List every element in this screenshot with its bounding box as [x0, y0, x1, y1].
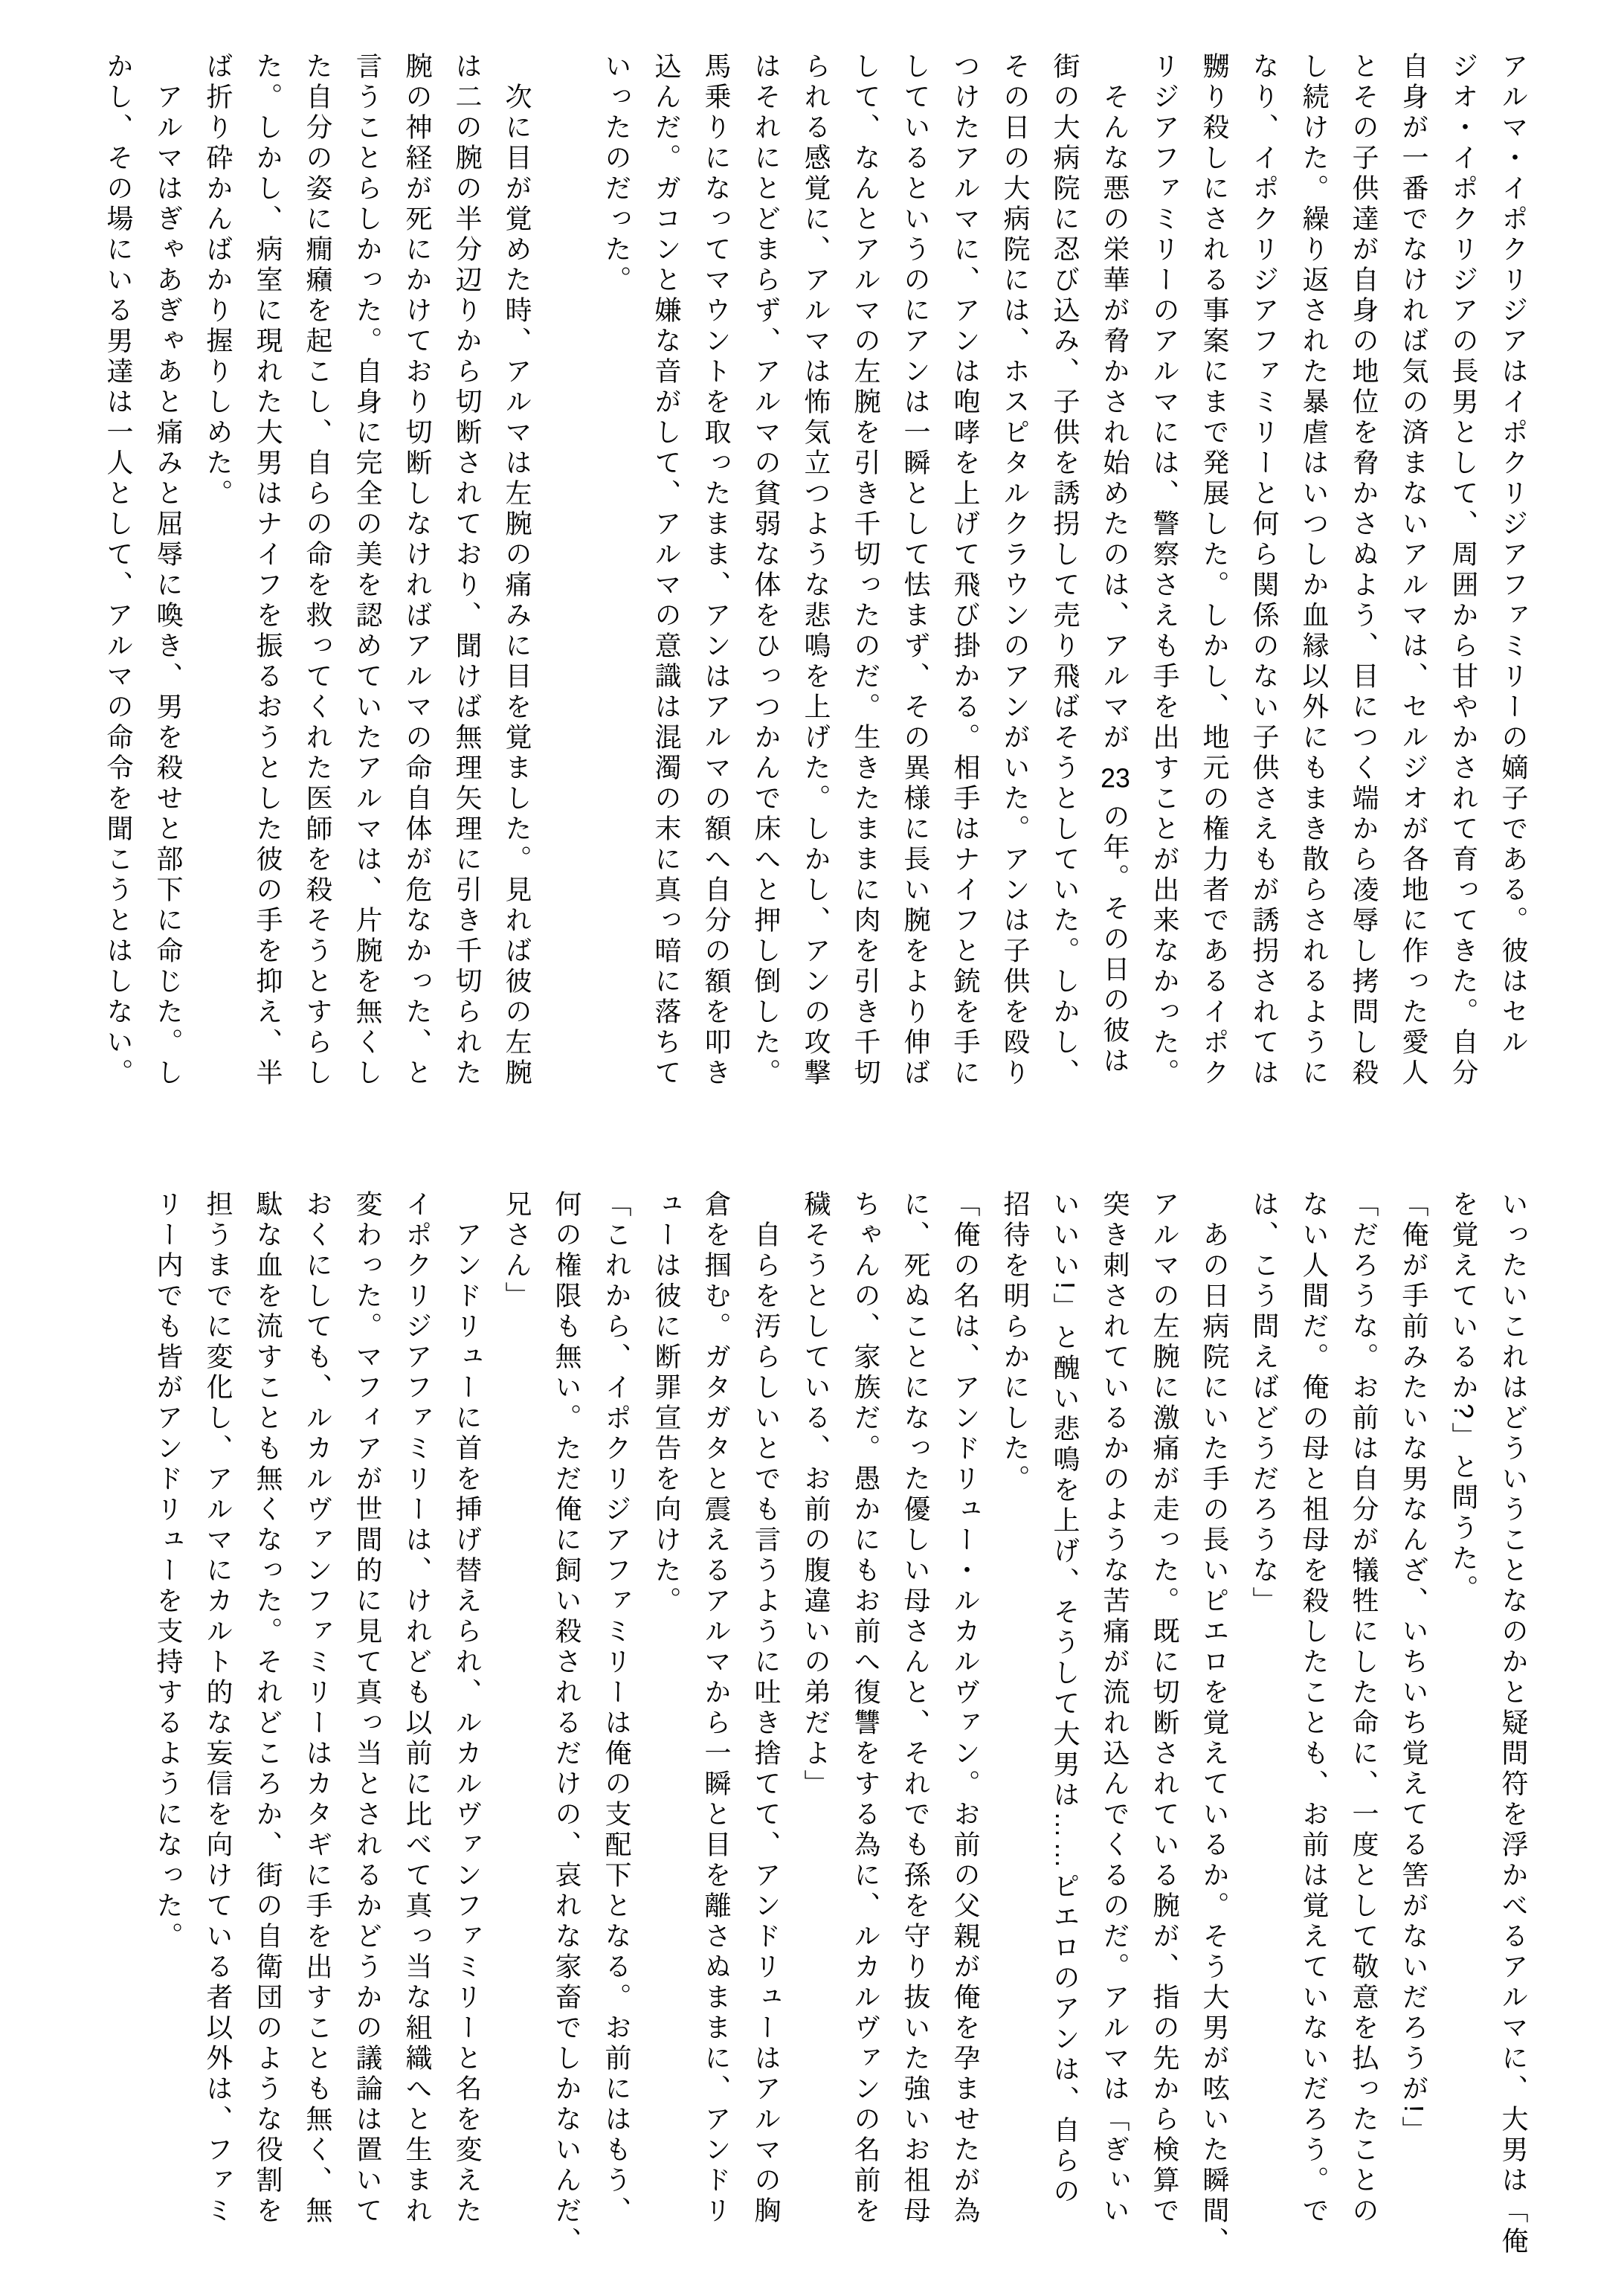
text-line — [542, 52, 592, 1131]
text-line: 兄さん」 — [492, 1190, 542, 2272]
text-line: 「俺の名は、アンドリュー・ルカルヴァン。お前の父親が俺を孕ませたが為 — [941, 1190, 990, 2272]
text-line: イポクリジアファミリーは、けれども以前に比べて真っ当な組織へと生まれ — [393, 1190, 442, 2272]
text-line: いったのだった。 — [592, 52, 642, 1131]
text-line: 街の大病院に忍び込み、子供を誘拐して売り飛ばそうとしていた。しかし、 — [1040, 52, 1090, 1131]
text-line: あの日病院にいた手の長いピエロを覚えているか。そう大男が呟いた瞬間、 — [1190, 1190, 1240, 2272]
text-line: ない人間だ。俺の母と祖母を殺したことも、お前は覚えていないだろう。で — [1289, 1190, 1339, 2272]
text-line: いったいこれはどういうことなのかと疑問符を浮かべるアルマに、大男は「俺 — [1489, 1190, 1538, 2272]
text-line: ちゃんの、家族だ。愚かにもお前へ復讐をする為に、ルカルヴァンの名前を — [841, 1190, 891, 2272]
text-line: 「これから、イポクリジアファミリーは俺の支配下となる。お前にはもう、 — [592, 1190, 642, 2272]
text-line: ば折り砕かんばかり握りしめた。 — [193, 52, 243, 1131]
text-line: を覚えているか?」と問うた。 — [1439, 1190, 1489, 2272]
text-line: アルマ・イポクリジアはイポクリジアファミリーの嫡子である。彼はセル — [1489, 52, 1538, 1131]
text-line: 穢そうとしている、お前の腹違いの弟だよ」 — [791, 1190, 841, 2272]
text-line: アルマはぎゃあぎゃあと痛みと屈辱に喚き、男を殺せと部下に命じた。し — [144, 52, 193, 1131]
text-line: し続けた。繰り返された暴虐はいつしか血縁以外にもまき散らされるように — [1289, 52, 1339, 1131]
text-line: 次に目が覚めた時、アルマは左腕の痛みに目を覚ました。見れば彼の左腕 — [492, 52, 542, 1131]
text-line: リジアファミリーのアルマには、警察さえも手を出すことが出来なかった。 — [1140, 52, 1190, 1131]
text-line: 「だろうな。お前は自分が犠牲にした命に、一度として敬意を払ったことの — [1339, 1190, 1389, 2272]
text-line: 込んだ。ガコンと嫌な音がして、アルマの意識は混濁の末に真っ暗に落ちて — [642, 52, 692, 1131]
text-line: 突き刺されているかのような苦痛が流れ込んでくるのだ。アルマは「ぎぃい — [1090, 1190, 1140, 2272]
text-line: つけたアルマに、アンは咆哮を上げて飛び掛かる。相手はナイフと銃を手に — [941, 52, 990, 1131]
text-line: は二の腕の半分辺りから切断されており、聞けば無理矢理に引き千切られた — [442, 52, 492, 1131]
text-line: いいい!」と醜い悲鳴を上げ、そうして大男は……ピエロのアンは、自らの — [1040, 1190, 1090, 2272]
text-line: 馬乗りになってマウントを取ったまま、アンはアルマの額へ自分の額を叩き — [692, 52, 741, 1131]
text-line: 変わった。マフィアが世間的に見て真っ当とされるかどうかの議論は置いて — [343, 1190, 393, 2272]
text-line: 嬲り殺しにされる事案にまで発展した。しかし、地元の権力者であるイポク — [1190, 52, 1240, 1131]
text-line: は、こう問えばどうだろうな」 — [1240, 1190, 1289, 2272]
text-line: 招待を明らかにした。 — [990, 1190, 1040, 2272]
text-line: 担うまでに変化し、アルマにカルト的な妄信を向けている者以外は、ファミ — [193, 1190, 243, 2272]
text-line: とその子供達が自身の地位を脅かさぬよう、目につく端から凌辱し拷問し殺 — [1339, 52, 1389, 1131]
text-line: アンドリューに首を挿げ替えられ、ルカルヴァンファミリーと名を変えた — [442, 1190, 492, 2272]
text-line: ューは彼に断罪宣告を向けた。 — [642, 1190, 692, 2272]
text-line: そんな悪の栄華が脅かされ始めたのは、アルマが 23 の年。その日の彼は — [1090, 52, 1140, 1131]
text-line: ジオ・イポクリジアの長男として、周囲から甘やかされて育ってきた。自分 — [1439, 52, 1489, 1131]
text-line: しているというのにアンは一瞬として怯まず、その異様に長い腕をより伸ば — [891, 52, 941, 1131]
text-line: して、なんとアルマの左腕を引き千切ったのだ。生きたままに肉を引き千切 — [841, 52, 891, 1131]
text-line: その日の大病院には、ホスピタルクラウンのアンがいた。アンは子供を殴り — [990, 52, 1040, 1131]
text-line: 何の権限も無い。ただ俺に飼い殺されるだけの、哀れな家畜でしかないんだ、 — [542, 1190, 592, 2272]
text-line: た自分の姿に癇癪を起こし、自らの命を救ってくれた医師を殺そうとすらし — [293, 52, 343, 1131]
text-line: 腕の神経が死にかけており切断しなければアルマの命自体が危なかった、と — [393, 52, 442, 1131]
text-line: リー内でも皆がアンドリューを支持するようになった。 — [144, 1190, 193, 2272]
tatechuyoko-number: 23 — [1100, 765, 1130, 791]
text-line: 駄な血を流すことも無くなった。それどころか、街の自衛団のような役割を — [243, 1190, 293, 2272]
text-line: アルマの左腕に激痛が走った。既に切断されている腕が、指の先から検算で — [1140, 1190, 1190, 2272]
text-line: 言うことらしかった。自身に完全の美を認めていたアルマは、片腕を無くし — [343, 52, 393, 1131]
text-line: はそれにとどまらず、アルマの貧弱な体をひっつかんで床へと押し倒した。 — [741, 52, 791, 1131]
text-line: に、死ぬことになった優しい母さんと、それでも孫を守り抜いた強いお祖母 — [891, 1190, 941, 2272]
text-line: 「俺が手前みたいな男なんざ、いちいち覚えてる筈がないだろうが!」 — [1389, 1190, 1439, 2272]
text-line: おくにしても、ルカルヴァンファミリーはカタギに手を出すことも無く、無 — [293, 1190, 343, 2272]
text-line: かし、その場にいる男達は一人として、アルマの命令を聞こうとはしない。 — [94, 52, 144, 1131]
text-line: 倉を掴む。ガタガタと震えるアルマから一瞬と目を離さぬままに、アンドリ — [692, 1190, 741, 2272]
novel-scan-page: アルマ・イポクリジアはイポクリジアファミリーの嫡子である。彼はセルジオ・イポクリ… — [0, 0, 1624, 2296]
text-line: られる感覚に、アルマは怖気立つような悲鳴を上げた。しかし、アンの攻撃 — [791, 52, 841, 1131]
text-line: た。しかし、病室に現れた大男はナイフを振るおうとした彼の手を抑え、半 — [243, 52, 293, 1131]
text-line: 自身が一番でなければ気の済まないアルマは、セルジオが各地に作った愛人 — [1389, 52, 1439, 1131]
story-part-1: アルマ・イポクリジアはイポクリジアファミリーの嫡子である。彼はセルジオ・イポクリ… — [89, 52, 1538, 1131]
text-line: なり、イポクリジアファミリーと何ら関係のない子供さえもが誘拐されては — [1240, 52, 1289, 1131]
text-line: 自らを汚らしいとでも言うように吐き捨てて、アンドリューはアルマの胸 — [741, 1190, 791, 2272]
story-part-2: いったいこれはどういうことなのかと疑問符を浮かべるアルマに、大男は「俺を覚えてい… — [89, 1190, 1538, 2272]
